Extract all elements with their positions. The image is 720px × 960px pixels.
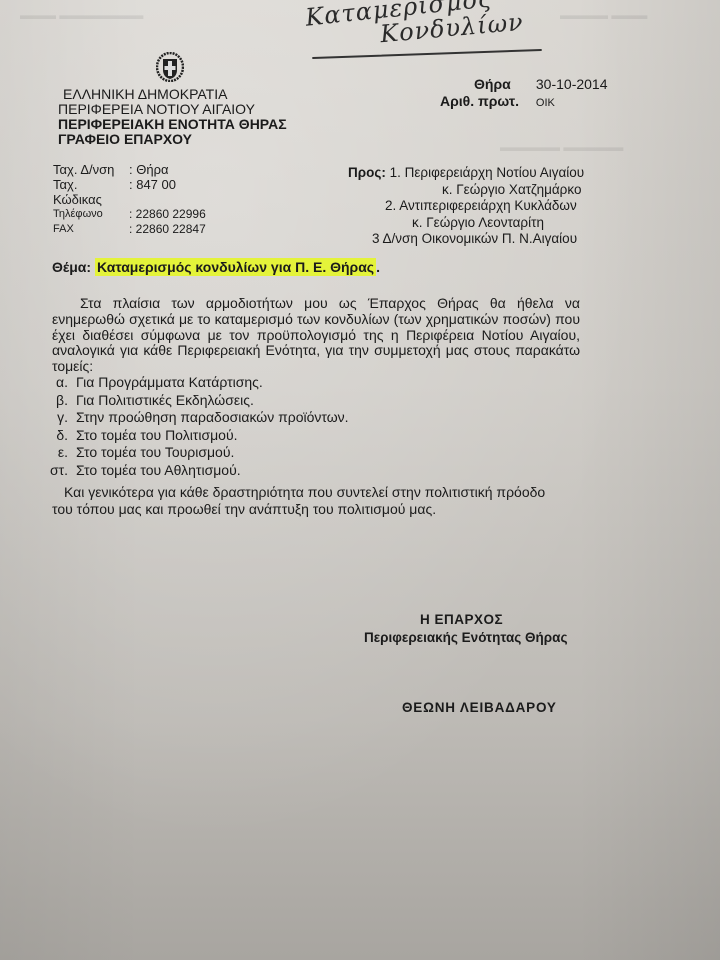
contact-value: : 22860 22996 — [129, 207, 206, 222]
list-item: ε.Στο τομέα του Τουρισμού. — [40, 444, 349, 462]
subject-highlighted-text: Καταμερισμός κονδυλίων για Π. Ε. Θήρας — [95, 258, 376, 276]
contact-key: Τηλέφωνο — [53, 207, 129, 222]
list-item: β.Για Πολιτιστικές Εκδηλώσεις. — [40, 392, 349, 410]
list-marker: δ. — [40, 427, 76, 445]
protocol-value: ΟΙΚ — [536, 97, 555, 109]
issuer-header: ΕΛΛΗΝΙΚΗ ΔΗΜΟΚΡΑΤΙΑ ΠΕΡΙΦΕΡΕΙΑ ΝΟΤΙΟΥ ΑΙ… — [58, 87, 287, 147]
list-marker: στ. — [40, 462, 76, 480]
list-item: δ.Στο τομέα του Πολιτισμού. — [40, 427, 349, 445]
list-marker: β. — [40, 392, 76, 410]
header-line-region: ΠΕΡΙΦΕΡΕΙΑ ΝΟΤΙΟΥ ΑΙΓΑΙΟΥ — [58, 102, 287, 117]
subject-end: . — [376, 259, 380, 275]
protocol-label: Αριθ. πρωτ. — [440, 93, 532, 110]
list-item: α.Για Προγράμματα Κατάρτισης. — [40, 374, 349, 392]
list-text: Στο τομέα του Αθλητισμού. — [76, 462, 241, 480]
list-text: Για Προγράμματα Κατάρτισης. — [76, 374, 263, 392]
contact-key: FAX — [53, 222, 129, 237]
contact-value: : 847 00 — [129, 177, 176, 207]
contact-key: Ταχ. Κώδικας — [53, 177, 129, 207]
signature-unit: Περιφερειακής Ενότητας Θήρας — [364, 630, 567, 645]
contact-key: Ταχ. Δ/νση — [53, 162, 129, 177]
recipient-line: 1. Περιφερειάρχη Νοτίου Αιγαίου — [390, 165, 585, 180]
subject-label: Θέμα: — [52, 259, 91, 275]
contact-details: Ταχ. Δ/νση: Θήρα Ταχ. Κώδικας: 847 00 Τη… — [53, 162, 206, 237]
date-protocol-block: Θήρα 30-10-2014 Αριθ. πρωτ. ΟΙΚ — [440, 76, 608, 112]
bleed-through-text: ▬▬▬▬▬ ▬▬▬▬▬ — [500, 140, 623, 154]
closing-line: Και γενικότερα για κάθε δραστηριότητα πο… — [52, 484, 632, 501]
contact-value: : Θήρα — [129, 162, 168, 177]
list-text: Για Πολιτιστικές Εκδηλώσεις. — [76, 392, 254, 410]
recipient-line: κ. Γεώργιο Χατζημάρκο — [348, 182, 584, 199]
signature-name: ΘΕΩΝΗ ΛΕΙΒΑΔΑΡΟΥ — [402, 700, 557, 715]
header-line-republic: ΕΛΛΗΝΙΚΗ ΔΗΜΟΚΡΑΤΙΑ — [58, 87, 287, 102]
place-label: Θήρα — [474, 76, 532, 93]
list-text: Στην προώθηση παραδοσιακών προϊόντων. — [76, 409, 349, 427]
header-line-office: ΓΡΑΦΕΙΟ ΕΠΑΡΧΟΥ — [58, 132, 287, 147]
handwritten-underline — [312, 49, 542, 59]
signature-title: Η ΕΠΑΡΧΟΣ — [420, 612, 503, 627]
sectors-list: α.Για Προγράμματα Κατάρτισης. β.Για Πολι… — [40, 374, 349, 479]
list-marker: α. — [40, 374, 76, 392]
list-text: Στο τομέα του Πολιτισμού. — [76, 427, 238, 445]
list-item: στ.Στο τομέα του Αθλητισμού. — [40, 462, 349, 480]
recipient-line: 2. Αντιπεριφερειάρχη Κυκλάδων — [348, 198, 584, 215]
bleed-through-text: ▬▬▬▬ ▬▬▬ — [560, 8, 647, 22]
list-marker: ε. — [40, 444, 76, 462]
subject-line: Θέμα: Καταμερισμός κονδυλίων για Π. Ε. Θ… — [52, 259, 380, 275]
body-paragraph: Στα πλαίσια των αρμοδιοτήτων μου ως Έπαρ… — [52, 296, 580, 375]
header-line-regional-unit: ΠΕΡΙΦΕΡΕΙΑΚΗ ΕΝΟΤΗΤΑ ΘΗΡΑΣ — [58, 117, 287, 132]
contact-value: : 22860 22847 — [129, 222, 206, 237]
body-paragraph-text: Στα πλαίσια των αρμοδιοτήτων μου ως Έπαρ… — [52, 296, 580, 375]
recipients-label: Προς: — [348, 165, 386, 180]
recipients-block: Προς: 1. Περιφερειάρχη Νοτίου Αιγαίου κ.… — [348, 165, 584, 248]
closing-line: του τόπου μας και προωθεί την ανάπτυξη τ… — [52, 501, 632, 518]
closing-paragraph: Και γενικότερα για κάθε δραστηριότητα πο… — [52, 484, 632, 518]
document-date: 30-10-2014 — [536, 76, 608, 92]
list-marker: γ. — [40, 409, 76, 427]
list-text: Στο τομέα του Τουρισμού. — [76, 444, 234, 462]
greek-coat-of-arms-icon — [156, 52, 184, 82]
recipient-line: κ. Γεώργιο Λεονταρίτη — [348, 215, 584, 232]
bleed-through-text: ▬▬▬ ▬▬▬▬▬▬▬ — [20, 8, 143, 22]
list-item: γ.Στην προώθηση παραδοσιακών προϊόντων. — [40, 409, 349, 427]
recipient-line: 3 Δ/νση Οικονομικών Π. Ν.Αιγαίου — [348, 231, 584, 248]
